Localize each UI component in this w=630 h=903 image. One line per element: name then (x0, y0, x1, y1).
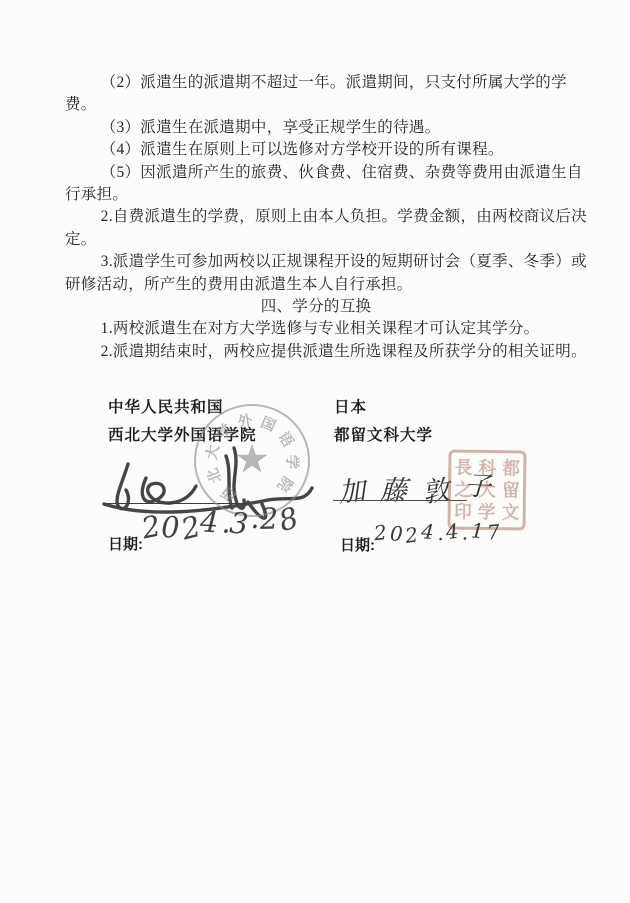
body-line: （4）派遣生在原则上可以选修对方学校开设的所有课程。 (65, 139, 567, 161)
section-heading-credit-exchange: 四、学分的互换 (65, 296, 567, 318)
seal-column: 長之印 (454, 457, 473, 523)
body-line: 1.两校派遣生在对方大学选修与专业相关课程才可认定其学分。 (65, 318, 567, 340)
agreement-body: （2）派遣生的派遣期不超过一年。派遣期间，只支付所属大学的学 费。 （3）派遣生… (65, 72, 567, 363)
star-icon: ★ (234, 439, 270, 479)
body-line: 研修活动，所产生的费用由派遣生本人自行承担。 (65, 274, 567, 296)
body-line: （3）派遣生在派遣期中，享受正规学生的待遇。 (65, 117, 567, 139)
body-line: 行承担。 (65, 184, 567, 206)
body-line: 3.派遣学生可参加两校以正规课程开设的短期研讨会（夏季、冬季）或 (65, 251, 567, 273)
body-line: 费。 (65, 94, 567, 116)
seal-column: 科大学 (477, 457, 496, 523)
right-date-handwritten: 2024. 4. 17 (374, 520, 503, 546)
seal-column: 都留文 (501, 457, 520, 523)
document-page: （2）派遣生的派遣期不超过一年。派遣期间，只支付所属大学的学 费。 （3）派遣生… (0, 0, 630, 903)
right-institution-label: 都留文科大学 (334, 422, 433, 450)
body-line: （5）因派遣所产生的旅费、伙食费、住宿费、杂费等费用由派遣生自 (65, 162, 567, 184)
body-line: 2.自费派遣生的学费，原则上由本人负担。学费金额，由两校商议后决 (65, 206, 567, 228)
body-line: 定。 (65, 229, 567, 251)
right-signatory-header: 日本 都留文科大学 (334, 394, 433, 450)
right-date-label: 日期: (340, 534, 375, 555)
left-date-label: 日期: (108, 533, 143, 554)
right-country-label: 日本 (334, 394, 433, 422)
body-line: （2）派遣生的派遣期不超过一年。派遣期间，只支付所属大学的学 (65, 72, 567, 94)
body-line: 2.派遣期结束时，两校应提供派遣生所选课程及所获学分的相关证明。 (65, 341, 567, 363)
